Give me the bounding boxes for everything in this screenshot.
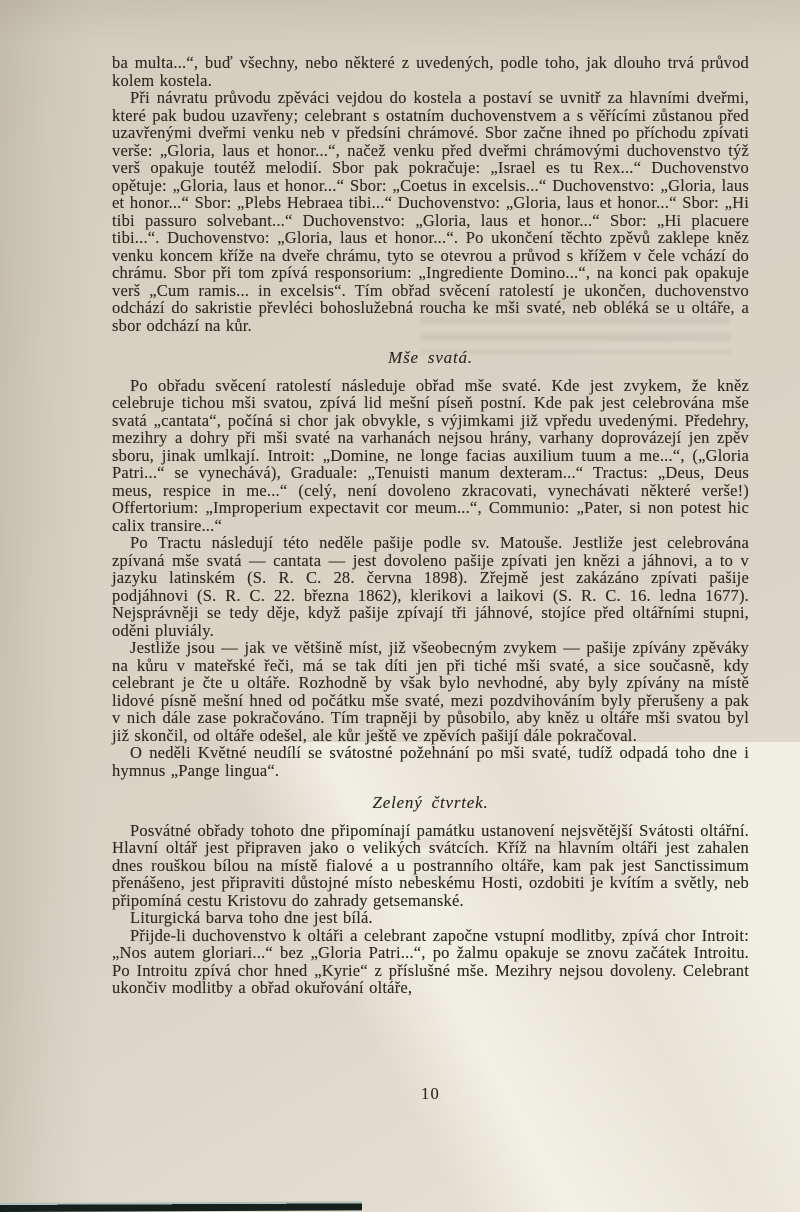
paragraph: Liturgická barva toho dne jest bílá.	[112, 909, 749, 927]
paragraph: Při návratu průvodu zpěváci vejdou do ko…	[112, 89, 749, 334]
paragraph: Posvátné obřady tohoto dne připomínají p…	[112, 822, 749, 910]
paragraph: Přijde-li duchovenstvo k oltáři a celebr…	[112, 927, 749, 997]
paragraph: Po Tractu následují této neděle pašije p…	[112, 534, 749, 639]
page-number: 10	[112, 1084, 749, 1104]
paragraph: O neděli Květné neudílí se svátostné pož…	[112, 744, 749, 779]
scan-left-shadow	[0, 0, 95, 1212]
scan-top-shadow	[0, 0, 800, 46]
paragraph: Po obřadu svěcení ratolestí následuje ob…	[112, 377, 749, 535]
paragraph-continuation: ba multa...“, buď všechny, nebo některé …	[112, 54, 749, 89]
scan-bottom-edge	[0, 1201, 362, 1212]
scanned-book-page: ba multa...“, buď všechny, nebo některé …	[0, 0, 800, 1212]
section-heading-zeleny-ctvrtek: Zelený čtvrtek.	[112, 794, 749, 812]
page-text-column: ba multa...“, buď všechny, nebo některé …	[112, 54, 749, 997]
paragraph: Jestliže jsou — jak ve většině míst, již…	[112, 639, 749, 744]
section-heading-mse-svata: Mše svatá.	[112, 349, 749, 367]
